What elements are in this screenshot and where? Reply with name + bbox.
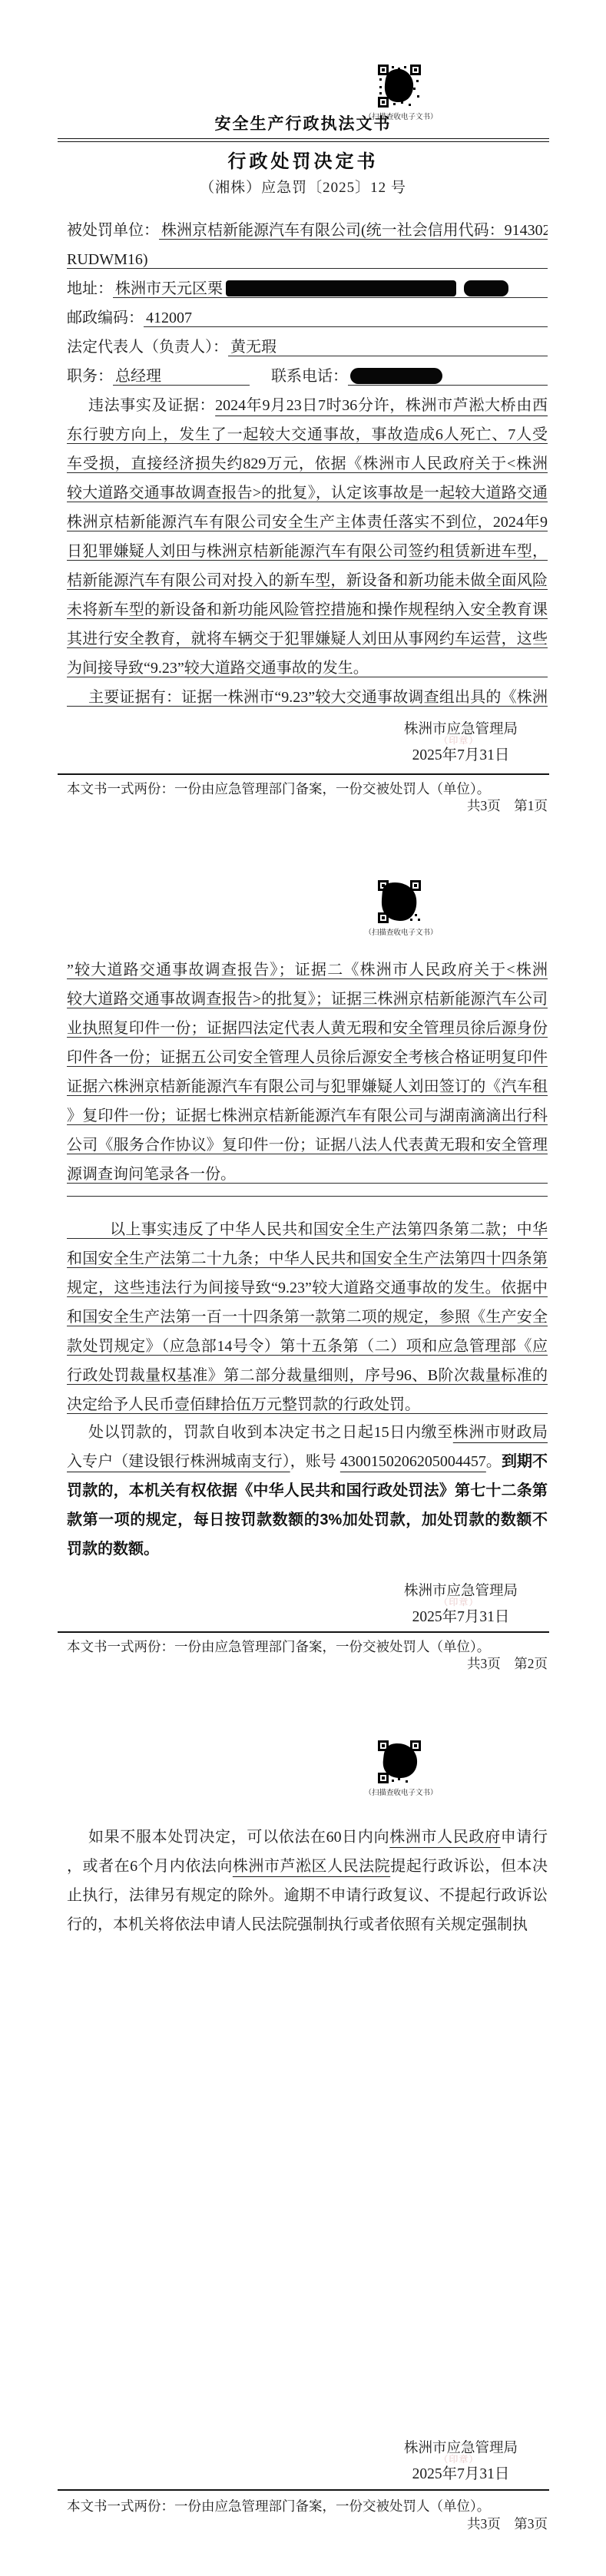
text-line: 主要证据有：证据一株洲市“9.23”较大交通事故调查组出具的《株洲市‘“9.23 bbox=[67, 683, 548, 712]
text-line: 印件各一份；证据五公司安全管理人员徐后源安全考核合格证明复印件一份； bbox=[67, 1043, 548, 1072]
signature-block: 株洲市应急管理局 （印章） 2025年7月31日 bbox=[367, 1579, 555, 1630]
text-line: 车受损，直接经济损失约829万元，依据《株洲市人民政府关于<株洲市“9.23” bbox=[67, 449, 548, 478]
text-segment: 罚款的，本机关有权依据《中华人民共和国行政处罚法》第七十二条第一 bbox=[67, 1482, 548, 1505]
text-segment: 款处罚规定》（应急部14号令）第十五条第（二）项和应急管理部《应急管理 bbox=[67, 1338, 548, 1361]
text-segment: 》复印件一份；证据七株洲京桔新能源汽车有限公司与湖南滴滴出行科技有限 bbox=[67, 1108, 548, 1131]
field-legal-rep: 法定代表人（负责人）： 黄无瑕 bbox=[67, 333, 548, 362]
text-line: 和国安全生产法第一百一十四条第一款第二项的规定，参照《生产安全事故罚 bbox=[67, 1303, 548, 1332]
seal-placeholder: （印章） bbox=[439, 733, 479, 747]
text-segment: 车受损，直接经济损失约829万元，依据《株洲市人民政府关于<株洲市“9.23” bbox=[67, 455, 548, 478]
text-segment: 决定给予人民币壹佰肆拾伍万元整罚款的行政处罚。 bbox=[67, 1396, 420, 1413]
text-line: 和国安全生产法第二十九条；中华人民共和国安全生产法第四十四条第一款的 bbox=[67, 1244, 548, 1273]
field-value: 412007 bbox=[144, 303, 548, 333]
qr-code-graphic bbox=[378, 880, 421, 923]
text-segment: 株洲京桔新能源汽车有限公司安全生产主体责任落实不到位，2024年9月11 bbox=[67, 514, 548, 537]
text-line: 以上事实违反了中华人民共和国安全生产法第四条第二款；中华人民共 bbox=[67, 1215, 548, 1244]
field-value: 总经理 bbox=[113, 362, 250, 391]
text-segment: 行的，本机关将依法申请人民法院强制执行或者依照有关规定强制执行。 bbox=[67, 1916, 528, 1939]
qr-code bbox=[378, 1740, 421, 1783]
text-line: 行的，本机关将依法申请人民法院强制执行或者依照有关规定强制执行。 bbox=[67, 1910, 548, 1939]
text-segment: 日犯罪嫌疑人刘田与株洲京桔新能源汽车有限公司签约租赁新进车型，株洲京 bbox=[67, 543, 548, 566]
text-segment: 行政处罚裁量权基准》第二部分裁量细则，序号96、B阶次裁量标准的规定， bbox=[67, 1367, 548, 1390]
page-number: 共3页 第3页 bbox=[67, 2514, 548, 2533]
text-line: 行政处罚裁量权基准》第二部分裁量细则，序号96、B阶次裁量标准的规定， bbox=[67, 1361, 548, 1390]
field-value: 黄无瑕 bbox=[228, 333, 548, 362]
signature-block: 株洲市应急管理局 （印章） 2025年7月31日 bbox=[367, 717, 555, 768]
qr-code-graphic bbox=[378, 1740, 421, 1783]
text-segment: 株洲市人民政府 bbox=[389, 1829, 501, 1846]
field-label: 地址： bbox=[67, 274, 113, 303]
qr-code bbox=[378, 880, 421, 923]
text-segment: 。 bbox=[486, 1453, 502, 1470]
qr-code bbox=[378, 65, 421, 108]
text-line: ，或者在6个月内依法向株洲市芦淞区人民法院提起行政诉讼，但本决定不停 bbox=[67, 1852, 548, 1881]
text-line: 违法事实及证据：2024年9月23日7时36分许，株洲市芦淞大桥由西向 bbox=[67, 391, 548, 420]
scan-caption: （扫描查收电子文书） bbox=[347, 1786, 455, 1797]
field-label: 被处罚单位： bbox=[67, 216, 159, 245]
field-label: 法定代表人（负责人）： bbox=[67, 333, 228, 362]
text-line: 决定给予人民币壹佰肆拾伍万元整罚款的行政处罚。 bbox=[67, 1390, 548, 1419]
text-line: 较大道路交通事故调查报告>的批复》；证据三株洲京桔新能源汽车公司工商营 bbox=[67, 985, 548, 1014]
text-line: 日犯罪嫌疑人刘田与株洲京桔新能源汽车有限公司签约租赁新进车型，株洲京 bbox=[67, 537, 548, 566]
text-segment: 业执照复印件一份；证据四法定代表人黄无瑕和安全管理员徐后源身份证件复 bbox=[67, 1020, 548, 1043]
signature-block: 株洲市应急管理局 （印章） 2025年7月31日 bbox=[367, 2436, 555, 2487]
field-position-phone: 职务： 总经理 联系电话： bbox=[67, 362, 548, 391]
redaction-bar bbox=[464, 280, 508, 296]
text-segment: 和国安全生产法第二十九条；中华人民共和国安全生产法第四十四条第一款的 bbox=[67, 1250, 548, 1273]
payment-paragraph: 处以罚款的，罚款自收到本决定书之日起15日内缴至株洲市财政局非税收入专户（建设银… bbox=[67, 1418, 548, 1564]
text-segment: 为间接导致“9.23”较大道路交通事故的发生。 bbox=[67, 660, 369, 677]
text-segment: 以上事实违反了中华人民共和国安全生产法第四条第二款；中华人民共 bbox=[67, 1221, 548, 1244]
text-segment: 主要证据有：证据一株洲市“9.23”较大交通事故调查组出具的《株洲市‘“9.23 bbox=[67, 689, 548, 712]
text-line: 罚款的数额。 bbox=[67, 1535, 548, 1564]
footer-note: 本文书一式两份：一份由应急管理部门备案，一份交被处罚人（单位）。 bbox=[67, 2498, 558, 2514]
doc-number: （湘株）应急罚〔2025〕12 号 bbox=[0, 176, 606, 197]
penalty-decision-document: （扫描查收电子文书） 安全生产行政执法文书 行政处罚决定书 （湘株）应急罚〔20… bbox=[0, 0, 606, 2576]
text-segment: 4300150206205004457 bbox=[340, 1453, 486, 1470]
section-divider bbox=[67, 1196, 548, 1197]
text-line: 款第一项的规定，每日按罚款数额的3%加处罚款，加处罚款的数额不超出 bbox=[67, 1505, 548, 1535]
text-line: ”较大道路交通事故调查报告》；证据二《株洲市人民政府关于<株洲市‘“9.23” bbox=[67, 955, 548, 985]
field-label: 邮政编码： bbox=[67, 303, 144, 333]
field-postcode: 邮政编码： 412007 bbox=[67, 303, 548, 333]
text-line: 业执照复印件一份；证据四法定代表人黄无瑕和安全管理员徐后源身份证件复 bbox=[67, 1014, 548, 1043]
appeal-paragraph: 如果不服本处罚决定，可以依法在60日内向株洲市人民政府申请行政复议，或者在6个月… bbox=[67, 1823, 548, 1939]
field-value bbox=[348, 362, 548, 391]
text-segment: 较大道路交通事故调查报告>的批复》，认定该事故是一起较大道路交通事故。 bbox=[67, 485, 548, 508]
redaction-bar bbox=[226, 280, 456, 296]
field-punished-unit-cont: RUDWM16) bbox=[67, 245, 548, 274]
text-segment: ，账号 bbox=[290, 1453, 340, 1470]
text-segment: 罚款的数额。 bbox=[67, 1541, 159, 1558]
page-number: 共3页 第1页 bbox=[67, 796, 548, 815]
text-segment: 未将新车型的新设备和新功能风险管控措施和操作规程纳入安全教育课件中对 bbox=[67, 601, 548, 624]
text-segment: 桔新能源汽车有限公司对投入的新车型，新设备和新功能未做全面风险识别， bbox=[67, 572, 548, 595]
text-segment: 规定，这些违法行为间接导致“9.23”较大道路交通事故的发生。依据中华人民共 bbox=[67, 1280, 548, 1303]
text-line: 罚款的，本机关有权依据《中华人民共和国行政处罚法》第七十二条第一 bbox=[67, 1476, 548, 1505]
text-line: 桔新能源汽车有限公司对投入的新车型，新设备和新功能未做全面风险识别， bbox=[67, 566, 548, 595]
text-segment: 株洲市芦淞区人民法院 bbox=[233, 1858, 390, 1875]
text-segment: 如果不服本处罚决定，可以依法在60日内向 bbox=[88, 1829, 389, 1846]
text-segment: 印件各一份；证据五公司安全管理人员徐后源安全考核合格证明复印件一份； bbox=[67, 1049, 548, 1072]
facts-evidence-paragraph: 违法事实及证据：2024年9月23日7时36分许，株洲市芦淞大桥由西向东行驶方向… bbox=[67, 391, 548, 712]
text-line: 款处罚规定》（应急部14号令）第十五条第（二）项和应急管理部《应急管理 bbox=[67, 1332, 548, 1361]
text-line: 较大道路交通事故调查报告>的批复》，认定该事故是一起较大道路交通事故。 bbox=[67, 478, 548, 508]
field-label: 联系电话： bbox=[271, 362, 348, 391]
text-segment: 和国安全生产法第一百一十四条第一款第二项的规定，参照《生产安全事故罚 bbox=[67, 1309, 548, 1332]
text-line: 株洲京桔新能源汽车有限公司安全生产主体责任落实不到位，2024年9月11 bbox=[67, 508, 548, 537]
text-line: 如果不服本处罚决定，可以依法在60日内向株洲市人民政府申请行政复议 bbox=[67, 1823, 548, 1852]
seal-placeholder: （印章） bbox=[439, 2452, 479, 2465]
text-line: 入专户（建设银行株洲城南支行），账号 4300150206205004457。到… bbox=[67, 1447, 548, 1476]
text-segment: 入专户（建设银行株洲城南支行） bbox=[67, 1453, 290, 1470]
text-line: 为间接导致“9.23”较大道路交通事故的发生。 bbox=[67, 654, 548, 683]
text-line: 》复印件一份；证据七株洲京桔新能源汽车有限公司与湖南滴滴出行科技有限 bbox=[67, 1101, 548, 1131]
text-segment: ，或者在6个月内依法向 bbox=[67, 1858, 233, 1875]
evidence-paragraph: ”较大道路交通事故调查报告》；证据二《株洲市人民政府关于<株洲市‘“9.23”较… bbox=[67, 955, 548, 1189]
text-segment: 止执行，法律另有规定的除外。逾期不申请行政复议、不提起行政诉讼又不履 bbox=[67, 1887, 548, 1910]
footer-note: 本文书一式两份：一份由应急管理部门备案，一份交被处罚人（单位）。 bbox=[67, 781, 558, 796]
scan-caption: （扫描查收电子文书） bbox=[347, 926, 455, 937]
field-address: 地址： 株洲市天元区栗 bbox=[67, 274, 548, 303]
text-segment: 证据六株洲京桔新能源汽车有限公司与犯罪嫌疑人刘田签订的《汽车租赁合同 bbox=[67, 1078, 548, 1101]
redaction-bar bbox=[350, 368, 442, 384]
field-value: 株洲京桔新能源汽车有限公司(统一社会信用代码：91430211MA4 bbox=[159, 216, 548, 245]
seal-placeholder: （印章） bbox=[439, 1595, 479, 1608]
footer-divider bbox=[58, 2489, 549, 2491]
text-line: 公司《服务合作协议》复印件一份；证据八法人代表黄无瑕和安全管理员徐后 bbox=[67, 1131, 548, 1160]
text-segment: 处以罚款的，罚款自收到本决定书之日起15日内缴至 bbox=[88, 1424, 453, 1441]
text-segment: 公司《服务合作协议》复印件一份；证据八法人代表黄无瑕和安全管理员徐后 bbox=[67, 1137, 548, 1160]
text-line: 其进行安全教育，就将车辆交于犯罪嫌疑人刘田从事网约车运营，这些违法行 bbox=[67, 624, 548, 654]
info-fields: 被处罚单位： 株洲京桔新能源汽车有限公司(统一社会信用代码：91430211MA… bbox=[67, 216, 548, 391]
text-line: 证据六株洲京桔新能源汽车有限公司与犯罪嫌疑人刘田签订的《汽车租赁合同 bbox=[67, 1072, 548, 1101]
header-title: 安全生产行政执法文书 bbox=[0, 111, 606, 134]
field-value: 株洲市天元区栗 bbox=[113, 274, 548, 303]
footer-divider bbox=[58, 773, 549, 775]
footer-note: 本文书一式两份：一份由应急管理部门备案，一份交被处罚人（单位）。 bbox=[67, 1639, 558, 1654]
text-segment: ”较大道路交通事故调查报告》；证据二《株洲市人民政府关于<株洲市‘“9.23” bbox=[67, 962, 548, 985]
field-label: 职务： bbox=[67, 362, 113, 391]
header-divider bbox=[58, 138, 549, 142]
text-line: 未将新车型的新设备和新功能风险管控措施和操作规程纳入安全教育课件中对 bbox=[67, 595, 548, 624]
field-punished-unit: 被处罚单位： 株洲京桔新能源汽车有限公司(统一社会信用代码：91430211MA… bbox=[67, 216, 548, 245]
text-segment: 较大道路交通事故调查报告>的批复》；证据三株洲京桔新能源汽车公司工商营 bbox=[67, 991, 548, 1014]
text-segment: 源调查询问笔录各一份。 bbox=[67, 1166, 236, 1183]
text-segment: 违法事实及证据： bbox=[88, 397, 215, 414]
text-line: 规定，这些违法行为间接导致“9.23”较大道路交通事故的发生。依据中华人民共 bbox=[67, 1273, 548, 1303]
text-line: 源调查询问笔录各一份。 bbox=[67, 1160, 548, 1189]
text-line: 处以罚款的，罚款自收到本决定书之日起15日内缴至株洲市财政局非税收 bbox=[67, 1418, 548, 1447]
footer-divider bbox=[58, 1631, 549, 1633]
text-segment: 其进行安全教育，就将车辆交于犯罪嫌疑人刘田从事网约车运营，这些违法行 bbox=[67, 631, 548, 654]
text-line: 东行驶方向上，发生了一起较大交通事故，事故造成6人死亡、7人受伤、10 bbox=[67, 420, 548, 449]
page-number: 共3页 第2页 bbox=[67, 1654, 548, 1673]
text-segment: 东行驶方向上，发生了一起较大交通事故，事故造成6人死亡、7人受伤、10 bbox=[67, 426, 548, 449]
doc-title: 行政处罚决定书 bbox=[0, 146, 606, 173]
qr-code-graphic bbox=[378, 65, 421, 108]
text-line: 止执行，法律另有规定的除外。逾期不申请行政复议、不提起行政诉讼又不履 bbox=[67, 1881, 548, 1910]
ruling-paragraph: 以上事实违反了中华人民共和国安全生产法第四条第二款；中华人民共和国安全生产法第二… bbox=[67, 1215, 548, 1419]
text-segment: 款第一项的规定，每日按罚款数额的3%加处罚款，加处罚款的数额不超出 bbox=[67, 1511, 548, 1535]
